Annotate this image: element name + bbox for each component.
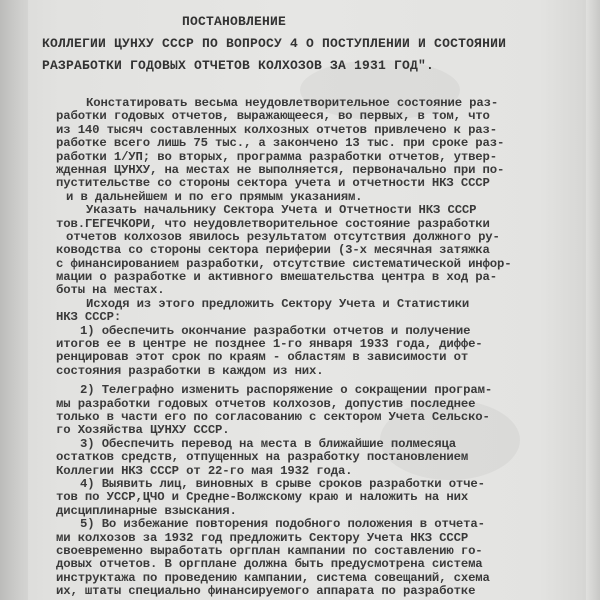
text-line: 1) обеспечить окончание разработки отчет…	[56, 325, 586, 338]
text-line: работки годовых отчетов, выражающееся, в…	[56, 110, 586, 123]
list-item-3: 3) Обеспечить перевод на места в ближайш…	[56, 438, 586, 478]
text-line: остатков средств, отпущенных на разработ…	[56, 451, 586, 464]
text-line: работки 1/УП; во вторых, программа разра…	[56, 151, 586, 164]
text-line: го Хозяйства ЦУНХУ СССР.	[56, 424, 586, 437]
text-line: жденная ЦУНХУ, на местах не выполняется,…	[56, 164, 586, 177]
text-line: состояния разработки в каждом из них.	[56, 365, 586, 378]
document-title: ПОСТАНОВЛЕНИЕ	[182, 14, 286, 29]
list-item-4: 4) Выявить лиц, виновных в срыве сроков …	[56, 478, 586, 518]
page-left-edge	[0, 0, 28, 600]
text-line: Указать начальнику Сектора Учета и Отчет…	[56, 204, 586, 217]
text-line: тов.ГЕГЕЧКОРИ, что неудовлетворительное …	[56, 218, 586, 231]
document-body: Констатировать весьма неудовлетворительн…	[56, 97, 586, 598]
document-subtitle-line: РАЗРАБОТКИ ГОДОВЫХ ОТЧЕТОВ КОЛХОЗОВ ЗА 1…	[42, 58, 434, 73]
text-line: ми колхозов за 1932 год предложить Секто…	[56, 532, 586, 545]
paragraph-findings: Констатировать весьма неудовлетворительн…	[56, 97, 586, 204]
text-line: тов по УССР,ЦЧО и Средне-Волжскому краю …	[56, 491, 586, 504]
text-line: отчетов колхозов явилось результатом отс…	[56, 231, 586, 244]
text-line: и в дальнейшем и по его прямым указаниям…	[56, 191, 586, 204]
text-line: Исходя из этого предложить Сектору Учета…	[56, 298, 586, 311]
text-line: пустительстве со стороны сектора учета и…	[56, 177, 586, 190]
page-right-edge	[586, 0, 600, 600]
text-line: ководства со стороны сектора периферии (…	[56, 244, 586, 257]
text-line: их, штаты специально финансируемого аппа…	[56, 585, 586, 598]
list-item-2: 2) Телеграфно изменить распоряжение о со…	[56, 384, 586, 438]
text-line: довых отчетов. В оргплане должна быть пр…	[56, 558, 586, 571]
list-item-5: 5) Во избежание повторения подобного пол…	[56, 518, 586, 598]
text-line: 2) Телеграфно изменить распоряжение о со…	[56, 384, 586, 397]
text-line: Коллегии НКЗ СССР от 22-го мая 1932 года…	[56, 465, 586, 478]
text-line: мы разработки годовых отчетов колхозов, …	[56, 398, 586, 411]
text-line: 4) Выявить лиц, виновных в срыве сроков …	[56, 478, 586, 491]
list-item-1: 1) обеспечить окончание разработки отчет…	[56, 325, 586, 379]
text-line: только в части его по согласованию с сек…	[56, 411, 586, 424]
text-line: 5) Во избежание повторения подобного пол…	[56, 518, 586, 531]
document-subtitle-line: КОЛЛЕГИИ ЦУНХУ СССР ПО ВОПРОСУ 4 О ПОСТУ…	[42, 36, 506, 51]
text-line: работке всего лишь 75 тыс., а закончено …	[56, 137, 586, 150]
paragraph-directive: Указать начальнику Сектора Учета и Отчет…	[56, 204, 586, 298]
scanned-document-page: ПОСТАНОВЛЕНИЕ КОЛЛЕГИИ ЦУНХУ СССР ПО ВОП…	[0, 0, 600, 600]
text-line: ренцировав этот срок по краям - областям…	[56, 351, 586, 364]
paragraph-proposal: Исходя из этого предложить Сектору Учета…	[56, 298, 586, 325]
text-line: боты на местах.	[56, 284, 586, 297]
text-line: НКЗ СССР:	[56, 311, 586, 324]
